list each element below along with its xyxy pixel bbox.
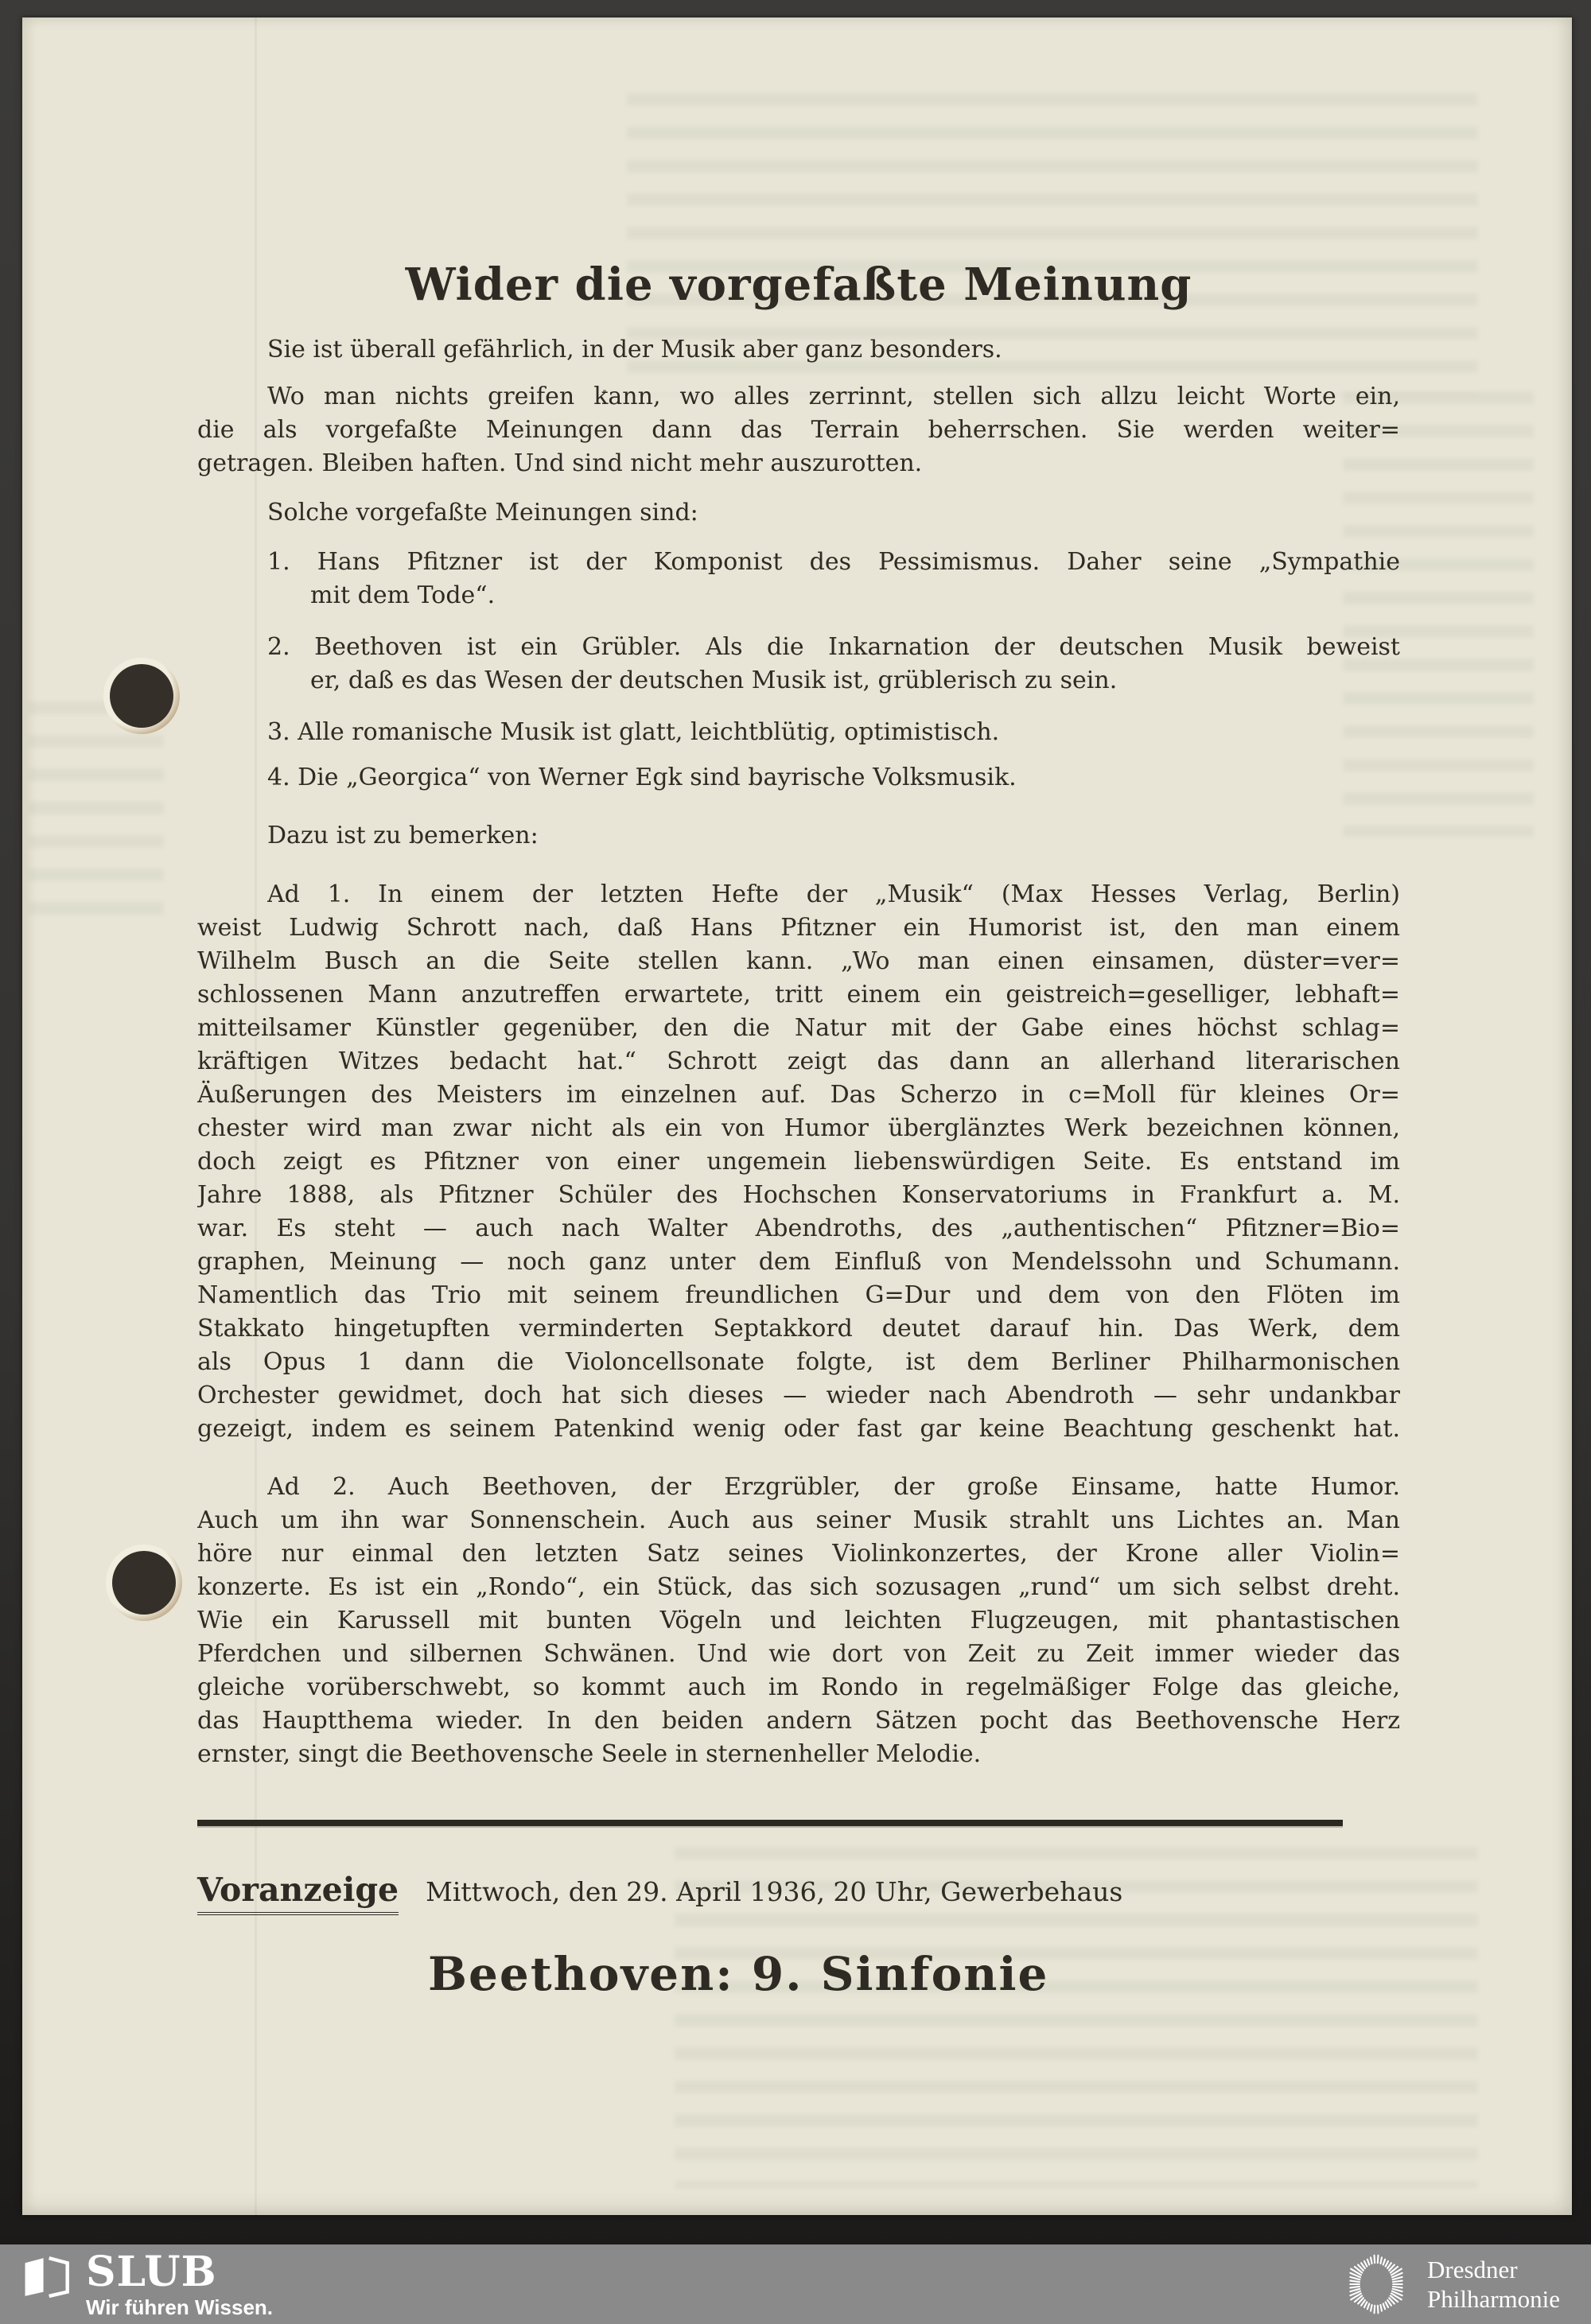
open-book-icon xyxy=(22,2251,72,2303)
text-line: Wo man nichts greifen kann, wo alles zer… xyxy=(267,380,1400,414)
punch-hole-icon xyxy=(110,664,173,728)
text-line: 1. Hans Pfitzner ist der Komponist des P… xyxy=(267,546,1400,579)
text-line: mitteilsamer Künstler gegenüber, den die… xyxy=(197,1012,1400,1045)
text-line: getragen. Bleiben haften. Und sind nicht… xyxy=(197,447,1400,480)
text-line: die als vorgefaßte Meinungen dann das Te… xyxy=(197,414,1400,447)
text-line: konzerte. Es ist ein „Rondo“, ein Stück,… xyxy=(197,1571,1400,1604)
list-item-2: 2. Beethoven ist ein Grübler. Als die In… xyxy=(197,631,1400,698)
slub-wordmark: SLUB xyxy=(86,2251,273,2294)
list-item-1: 1. Hans Pfitzner ist der Komponist des P… xyxy=(197,546,1400,612)
punch-hole-top xyxy=(103,658,180,734)
text-line: Wie ein Karussell mit bunten Vögeln und … xyxy=(197,1604,1400,1638)
text-line: war. Es steht — auch nach Walter Abendro… xyxy=(197,1212,1400,1246)
footer-bar: SLUB Wir führen Wissen. Dresdner Philhar… xyxy=(0,2244,1591,2324)
text-line: mit dem Tode“. xyxy=(310,579,1400,612)
text-line: er, daß es das Wesen der deutschen Musik… xyxy=(310,664,1400,698)
text-line: Wilhelm Busch an die Seite stellen kann.… xyxy=(197,945,1400,978)
philharmonie-sunburst-icon xyxy=(1338,2246,1414,2322)
paragraph-intro-1: Sie ist überall gefährlich, in der Musik… xyxy=(197,333,1400,367)
text-line: ernster, singt die Beethovensche Seele i… xyxy=(197,1738,1400,1771)
screenshot-root: { "colors":{ "backdrop":"#343331","page"… xyxy=(0,0,1591,2324)
text-line: 4. Die „Georgica“ von Werner Egk sind ba… xyxy=(267,761,1400,795)
text-line: höre nur einmal den letzten Satz seines … xyxy=(197,1537,1400,1571)
voranzeige-line: Voranzeige Mittwoch, den 29. April 1936,… xyxy=(197,1871,1122,1915)
text-line: 3. Alle romanische Musik ist glatt, leic… xyxy=(267,716,1400,749)
text-line: Solche vorgefaßte Meinungen sind: xyxy=(267,496,1400,530)
text-line: Dazu ist zu bemerken: xyxy=(267,819,1400,853)
paragraph-ad-2: Ad 2. Auch Beethoven, der Erzgrübler, de… xyxy=(197,1471,1400,1771)
slub-tagline: Wir führen Wissen. xyxy=(86,2295,273,2320)
paragraph-solche: Solche vorgefaßte Meinungen sind: xyxy=(197,496,1400,530)
philharmonie-wordmark: Dresdner Philharmonie xyxy=(1427,2255,1560,2314)
list-item-3: 3. Alle romanische Musik ist glatt, leic… xyxy=(197,716,1400,749)
scanned-program-page: Wider die vorgefaßte Meinung Sie ist übe… xyxy=(22,17,1572,2215)
punch-hole-icon xyxy=(112,1551,176,1615)
text-line: Auch um ihn war Sonnenschein. Auch aus s… xyxy=(197,1504,1400,1537)
punch-hole-bottom xyxy=(106,1545,182,1621)
voranzeige-details: Mittwoch, den 29. April 1936, 20 Uhr, Ge… xyxy=(426,1876,1122,1907)
slub-logo-group: SLUB Wir führen Wissen. xyxy=(22,2251,273,2320)
announcement-title: Beethoven: 9. Sinfonie xyxy=(428,1947,1048,2001)
text-line: Namentlich das Trio mit seinem freundlic… xyxy=(197,1279,1400,1312)
text-line: Äußerungen des Meisters im einzelnen auf… xyxy=(197,1078,1400,1112)
text-line: kräftigen Witzes bedacht hat.“ Schrott z… xyxy=(197,1045,1400,1078)
text-line: doch zeigt es Pfitzner von einer ungemei… xyxy=(197,1145,1400,1179)
paper-speck xyxy=(512,1986,516,1991)
text-line: das Hauptthema wieder. In den beiden and… xyxy=(197,1704,1400,1738)
bleed-through-smudge xyxy=(29,701,164,924)
document-title: Wider die vorgefaßte Meinung xyxy=(197,258,1400,316)
text-line: Ad 1. In einem der letzten Hefte der „Mu… xyxy=(267,878,1400,911)
text-line: Orchester gewidmet, doch hat sich dieses… xyxy=(197,1379,1400,1413)
text-line: graphen, Meinung — noch ganz unter dem E… xyxy=(197,1246,1400,1279)
philharmonie-line1: Dresdner xyxy=(1427,2255,1560,2284)
text-line: 2. Beethoven ist ein Grübler. Als die In… xyxy=(267,631,1400,664)
text-line: Jahre 1888, als Pfitzner Schüler des Hoc… xyxy=(197,1179,1400,1212)
philharmonie-line2: Philharmonie xyxy=(1427,2284,1560,2314)
text-line: Sie ist überall gefährlich, in der Musik… xyxy=(267,333,1400,367)
philharmonie-logo-group: Dresdner Philharmonie xyxy=(1338,2246,1560,2322)
list-item-4: 4. Die „Georgica“ von Werner Egk sind ba… xyxy=(197,761,1400,795)
text-line: Ad 2. Auch Beethoven, der Erzgrübler, de… xyxy=(267,1471,1400,1504)
text-line: als Opus 1 dann die Violoncellsonate fol… xyxy=(197,1346,1400,1379)
voranzeige-label: Voranzeige xyxy=(197,1871,399,1915)
divider-rule xyxy=(197,1820,1343,1826)
paragraph-dazu: Dazu ist zu bemerken: xyxy=(197,819,1400,853)
text-line: Pferdchen und silbernen Schwänen. Und wi… xyxy=(197,1638,1400,1671)
text-line: weist Ludwig Schrott nach, daß Hans Pfit… xyxy=(197,911,1400,945)
paragraph-intro-2: Wo man nichts greifen kann, wo alles zer… xyxy=(197,380,1400,480)
text-line: gleiche vorüberschwebt, so kommt auch im… xyxy=(197,1671,1400,1704)
text-line: Stakkato hingetupften verminderten Septa… xyxy=(197,1312,1400,1346)
text-line: schlossenen Mann anzutreffen erwartete, … xyxy=(197,978,1400,1012)
paragraph-ad-1: Ad 1. In einem der letzten Hefte der „Mu… xyxy=(197,878,1400,1446)
paper-speck xyxy=(603,390,606,393)
text-line: chester wird man zwar nicht als ein von … xyxy=(197,1112,1400,1145)
text-line: gezeigt, indem es seinem Patenkind wenig… xyxy=(197,1413,1400,1446)
